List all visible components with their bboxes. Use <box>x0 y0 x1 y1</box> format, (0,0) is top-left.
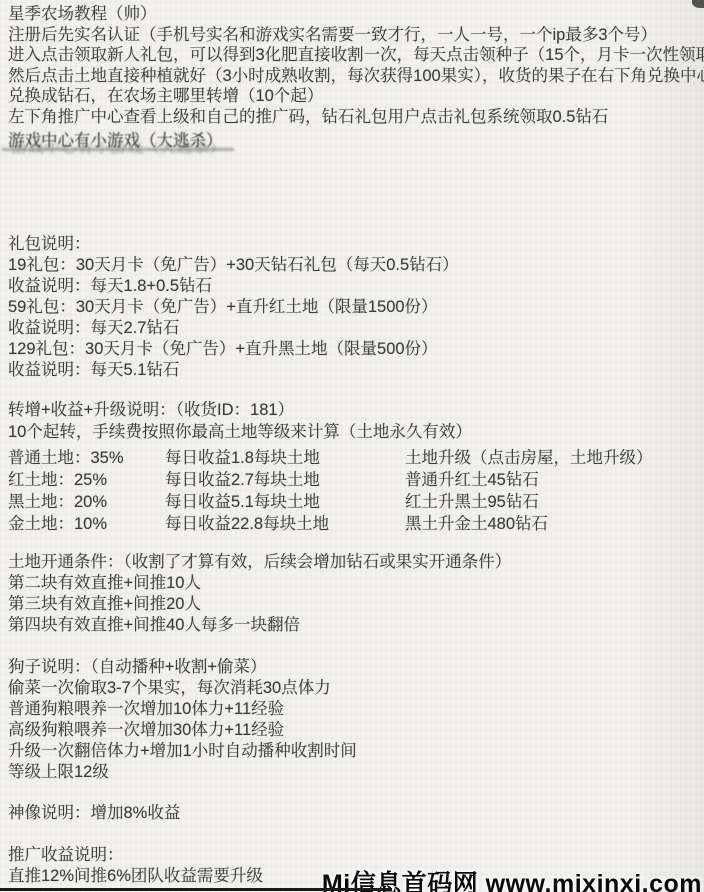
unlock-heading: 土地开通条件：（收割了才算有效，后续会增加钻石或果实开通条件） <box>8 552 511 573</box>
land-type-cell: 金土地：10% <box>8 510 165 534</box>
smudged-line-artifact: 游戏中心有小游戏（大逃杀） 游戏中心有小游戏（大逃杀） <box>8 127 428 161</box>
intro-block: 星季农场教程（帅） 注册后先实名认证（手机号实名和游戏实名需要一致才行，一人一号… <box>8 4 704 127</box>
bottom-rule <box>0 888 392 891</box>
page-title: 星季农场教程（帅） <box>8 4 704 25</box>
upgrade-cell: 红土升黑土95钻石 <box>405 493 539 511</box>
land-type-cell: 红土地：25% <box>8 466 165 490</box>
land-table: 普通土地：35%每日收益1.8每块土地土地升级（点击房屋，土地升级） 红土地：2… <box>8 444 653 532</box>
smear-mark <box>2 148 234 151</box>
upgrade-cell: 黑土升金土480钻石 <box>405 515 548 533</box>
dog-line: 偷菜一次偷取3-7个果实，每次消耗30点体力 <box>8 678 357 699</box>
unlock-line: 第二块有效直推+间推10人 <box>8 573 511 594</box>
land-type-cell: 普通土地：35% <box>8 444 165 468</box>
promo-section: 推广收益说明： 直推12%间推6%团队收益需要升级 <box>8 845 263 887</box>
intro-line: 然后点击土地直接种植就好（3小时成熟收割，每次获得100果实），收货的果子在右下… <box>8 66 704 87</box>
land-type-cell: 黑土地：20% <box>8 488 165 512</box>
table-row: 普通土地：35%每日收益1.8每块土地土地升级（点击房屋，土地升级） <box>8 444 653 466</box>
gift-line: 59礼包：30天月卡（免广告）+直升红土地（限量1500份） <box>8 297 459 318</box>
gift-line: 收益说明：每天5.1钻石 <box>8 360 459 381</box>
unlock-line: 第三块有效直推+间推20人 <box>8 594 511 615</box>
income-cell: 每日收益5.1每块土地 <box>165 488 405 512</box>
statue-line: 神像说明：增加8%收益 <box>8 803 180 824</box>
intro-line: 兑换成钻石，在农场主哪里转增（10个起） <box>8 86 704 107</box>
dog-section: 狗子说明：（自动播种+收割+偷菜） 偷菜一次偷取3-7个果实，每次消耗30点体力… <box>8 657 357 783</box>
gift-section: 礼包说明： 19礼包：30天月卡（免广告）+30天钻石礼包（每天0.5钻石） 收… <box>8 234 459 381</box>
intro-line: 注册后先实名认证（手机号实名和游戏实名需要一致才行，一人一号，一个ip最多3个号… <box>8 25 704 46</box>
statue-section: 神像说明：增加8%收益 <box>8 803 180 824</box>
promo-line: 直推12%间推6%团队收益需要升级 <box>8 866 263 887</box>
upgrade-cell: 土地升级（点击房屋，土地升级） <box>405 449 653 467</box>
gift-line: 129礼包：30天月卡（免广告）+直升黑土地（限量500份） <box>8 339 459 360</box>
income-cell: 每日收益22.8每块土地 <box>165 510 405 534</box>
dog-heading: 狗子说明：（自动播种+收割+偷菜） <box>8 657 357 678</box>
document-page: 星季农场教程（帅） 注册后先实名认证（手机号实名和游戏实名需要一致才行，一人一号… <box>0 0 704 892</box>
transfer-section: 转增+收益+升级说明：（收货ID：181） 10个起转，手续费按照你最高土地等级… <box>8 399 472 443</box>
income-cell: 每日收益2.7每块土地 <box>165 466 405 490</box>
table-row: 黑土地：20%每日收益5.1每块土地红土升黑土95钻石 <box>8 488 653 510</box>
gift-line: 收益说明：每天2.7钻石 <box>8 318 459 339</box>
land-unlock-section: 土地开通条件：（收割了才算有效，后续会增加钻石或果实开通条件） 第二块有效直推+… <box>8 552 511 636</box>
income-cell: 每日收益1.8每块土地 <box>165 444 405 468</box>
dog-line: 普通狗粮喂养一次增加10体力+11经验 <box>8 699 357 720</box>
transfer-heading: 转增+收益+升级说明：（收货ID：181） <box>8 399 472 421</box>
intro-line: 左下角推广中心查看上级和自己的推广码，钻石礼包用户点击礼包系统领取0.5钻石 <box>8 107 704 128</box>
intro-line: 进入点击领取新人礼包，可以得到3化肥直接收割一次，每天点击领种子（15个，月卡一… <box>8 45 704 66</box>
dog-line: 升级一次翻倍体力+增加1小时自动播种收割时间 <box>8 741 357 762</box>
unlock-line: 第四块有效直推+间推40人每多一块翻倍 <box>8 615 511 636</box>
dog-line: 高级狗粮喂养一次增加30体力+11经验 <box>8 720 357 741</box>
promo-heading: 推广收益说明： <box>8 845 263 866</box>
gift-heading: 礼包说明： <box>8 234 459 255</box>
gift-line: 19礼包：30天月卡（免广告）+30天钻石礼包（每天0.5钻石） <box>8 255 459 276</box>
smudged-line-ghost: 游戏中心有小游戏（大逃杀） <box>11 138 226 156</box>
table-row: 红土地：25%每日收益2.7每块土地普通升红土45钻石 <box>8 466 653 488</box>
gift-line: 收益说明：每天1.8+0.5钻石 <box>8 276 459 297</box>
dog-line: 等级上限12级 <box>8 762 357 783</box>
transfer-subheading: 10个起转，手续费按照你最高土地等级来计算（土地永久有效） <box>8 421 472 443</box>
upgrade-cell: 普通升红土45钻石 <box>405 471 539 489</box>
table-row: 金土地：10%每日收益22.8每块土地黑土升金土480钻石 <box>8 510 653 532</box>
